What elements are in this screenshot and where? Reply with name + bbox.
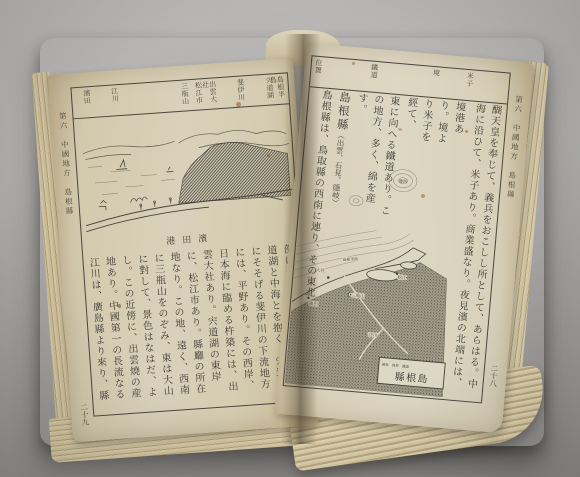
margin-note: 斐伊川 bbox=[236, 78, 245, 101]
right-page: 第六 中國地方 島根縣 二十八 米子 境 鐵道 位置 bbox=[274, 43, 534, 433]
margin-note: 米子 bbox=[465, 72, 473, 88]
margin-note: 宍道湖 bbox=[265, 76, 274, 99]
right-text-frame: 米子 境 鐵道 位置 bbox=[283, 55, 511, 403]
margin-note: 濱田 bbox=[83, 89, 91, 104]
margin-note: 境 bbox=[432, 69, 440, 77]
map-label-saigo: 西郷 bbox=[399, 177, 407, 184]
left-page-number: 二十九 bbox=[78, 402, 91, 425]
margin-note: 鐵道 bbox=[370, 63, 378, 79]
section-heading-note: （出雲、石見、隱岐） bbox=[331, 131, 347, 206]
right-margin-header: 第六 中國地方 島根縣 bbox=[505, 95, 525, 200]
margin-note: 松江市 bbox=[194, 81, 203, 104]
right-page-number: 二十八 bbox=[487, 363, 500, 386]
map-title-box: 縣界 郡界 鐵道 島根縣 bbox=[377, 357, 445, 389]
dark-hill-mass bbox=[175, 139, 291, 204]
section-heading-title: 島根縣 bbox=[335, 91, 350, 132]
book-photo: 第六 中國地方 島根縣 二十九 島根半島 宍道湖 斐伊川 出雲大社 松江市 三瓶… bbox=[0, 0, 580, 477]
right-body-2: 境港あり。境より米子を經て、 bbox=[399, 96, 467, 149]
right-page-content: 西郷 bbox=[286, 86, 505, 400]
margin-note: 三瓶山 bbox=[180, 82, 189, 105]
left-body-text: 部には、島根半島ありて、宍道湖と中海とを抱く。宍道湖にそそげる斐伊川の下流地方に… bbox=[86, 243, 304, 411]
margin-note: 位置 bbox=[314, 59, 322, 75]
margin-note: 江川 bbox=[110, 87, 118, 102]
hamada-port-illustration bbox=[77, 105, 297, 238]
margin-note: 出雲大社 bbox=[201, 80, 217, 109]
map-label-peninsula: 島根半島 bbox=[342, 256, 358, 262]
left-text-frame: 島根半島 宍道湖 斐伊川 出雲大社 松江市 三瓶山 江川 濱田 bbox=[70, 72, 310, 416]
